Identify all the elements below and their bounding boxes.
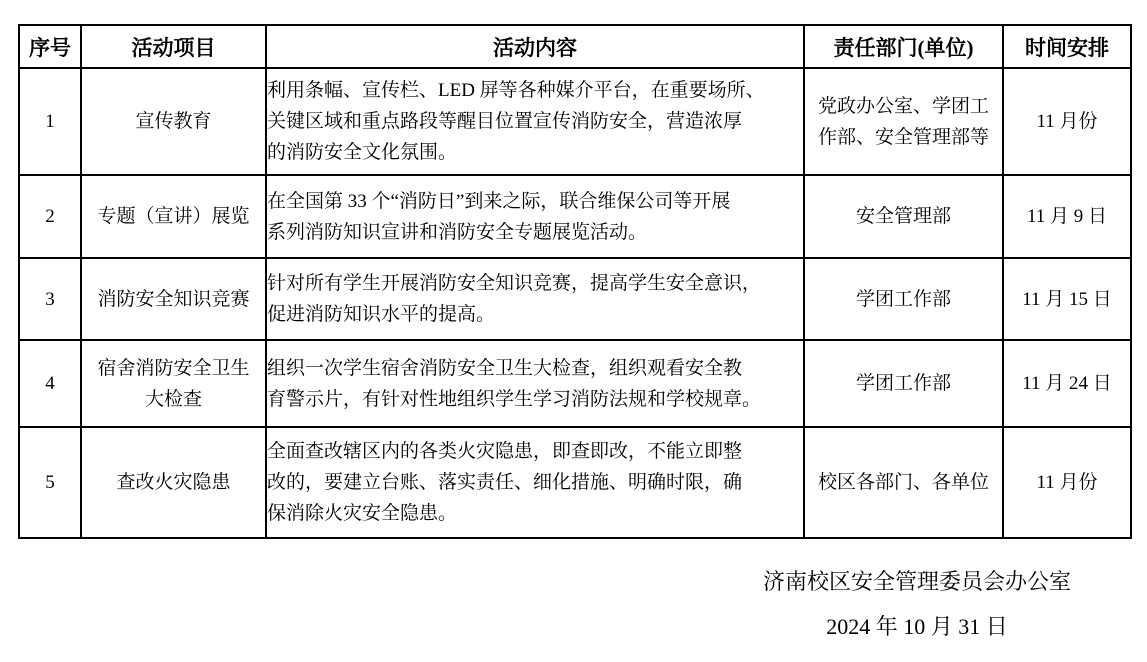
cell-project: 专题（宣讲）展览 [81, 175, 266, 258]
cell-time: 11 月 9 日 [1003, 175, 1131, 258]
cell-department: 校区各部门、各单位 [804, 427, 1003, 538]
cell-time: 11 月 15 日 [1003, 258, 1131, 340]
col-header-no: 序号 [19, 25, 81, 68]
cell-time: 11 月份 [1003, 68, 1131, 175]
table-row: 4 宿舍消防安全卫生 大检查 组织一次学生宿舍消防安全卫生大检查，组织观看安全教… [19, 340, 1131, 427]
cell-project: 宣传教育 [81, 68, 266, 175]
cell-content: 利用条幅、宣传栏、LED 屏等各种媒介平台，在重要场所、 关键区域和重点路段等醒… [266, 68, 804, 175]
document-page: 序号 活动项目 活动内容 责任部门(单位) 时间安排 1 宣传教育 利用条幅、宣… [0, 0, 1147, 662]
activity-plan-table: 序号 活动项目 活动内容 责任部门(单位) 时间安排 1 宣传教育 利用条幅、宣… [18, 24, 1132, 539]
cell-no: 3 [19, 258, 81, 340]
cell-content: 针对所有学生开展消防安全知识竞赛，提高学生安全意识， 促进消防知识水平的提高。 [266, 258, 804, 340]
cell-content: 在全国第 33 个“消防日”到来之际，联合维保公司等开展 系列消防知识宣讲和消防… [266, 175, 804, 258]
table-header-row: 序号 活动项目 活动内容 责任部门(单位) 时间安排 [19, 25, 1131, 68]
cell-department: 学团工作部 [804, 340, 1003, 427]
col-header-time: 时间安排 [1003, 25, 1131, 68]
cell-project: 消防安全知识竞赛 [81, 258, 266, 340]
date-line: 2024 年 10 月 31 日 [757, 604, 1077, 649]
cell-content: 组织一次学生宿舍消防安全卫生大检查，组织观看安全教 育警示片，有针对性地组织学生… [266, 340, 804, 427]
cell-no: 5 [19, 427, 81, 538]
cell-time: 11 月 24 日 [1003, 340, 1131, 427]
cell-time: 11 月份 [1003, 427, 1131, 538]
cell-no: 2 [19, 175, 81, 258]
cell-department: 党政办公室、学团工 作部、安全管理部等 [804, 68, 1003, 175]
cell-project: 宿舍消防安全卫生 大检查 [81, 340, 266, 427]
cell-project: 查改火灾隐患 [81, 427, 266, 538]
cell-department: 学团工作部 [804, 258, 1003, 340]
signature-block: 济南校区安全管理委员会办公室 2024 年 10 月 31 日 [757, 559, 1077, 649]
cell-department: 安全管理部 [804, 175, 1003, 258]
col-header-department: 责任部门(单位) [804, 25, 1003, 68]
cell-content: 全面查改辖区内的各类火灾隐患，即查即改，不能立即整 改的，要建立台账、落实责任、… [266, 427, 804, 538]
signature-line: 济南校区安全管理委员会办公室 [757, 559, 1077, 604]
col-header-project: 活动项目 [81, 25, 266, 68]
table-row: 3 消防安全知识竞赛 针对所有学生开展消防安全知识竞赛，提高学生安全意识， 促进… [19, 258, 1131, 340]
table-row: 2 专题（宣讲）展览 在全国第 33 个“消防日”到来之际，联合维保公司等开展 … [19, 175, 1131, 258]
col-header-content: 活动内容 [266, 25, 804, 68]
table-row: 5 查改火灾隐患 全面查改辖区内的各类火灾隐患，即查即改，不能立即整 改的，要建… [19, 427, 1131, 538]
cell-no: 1 [19, 68, 81, 175]
table-row: 1 宣传教育 利用条幅、宣传栏、LED 屏等各种媒介平台，在重要场所、 关键区域… [19, 68, 1131, 175]
cell-no: 4 [19, 340, 81, 427]
